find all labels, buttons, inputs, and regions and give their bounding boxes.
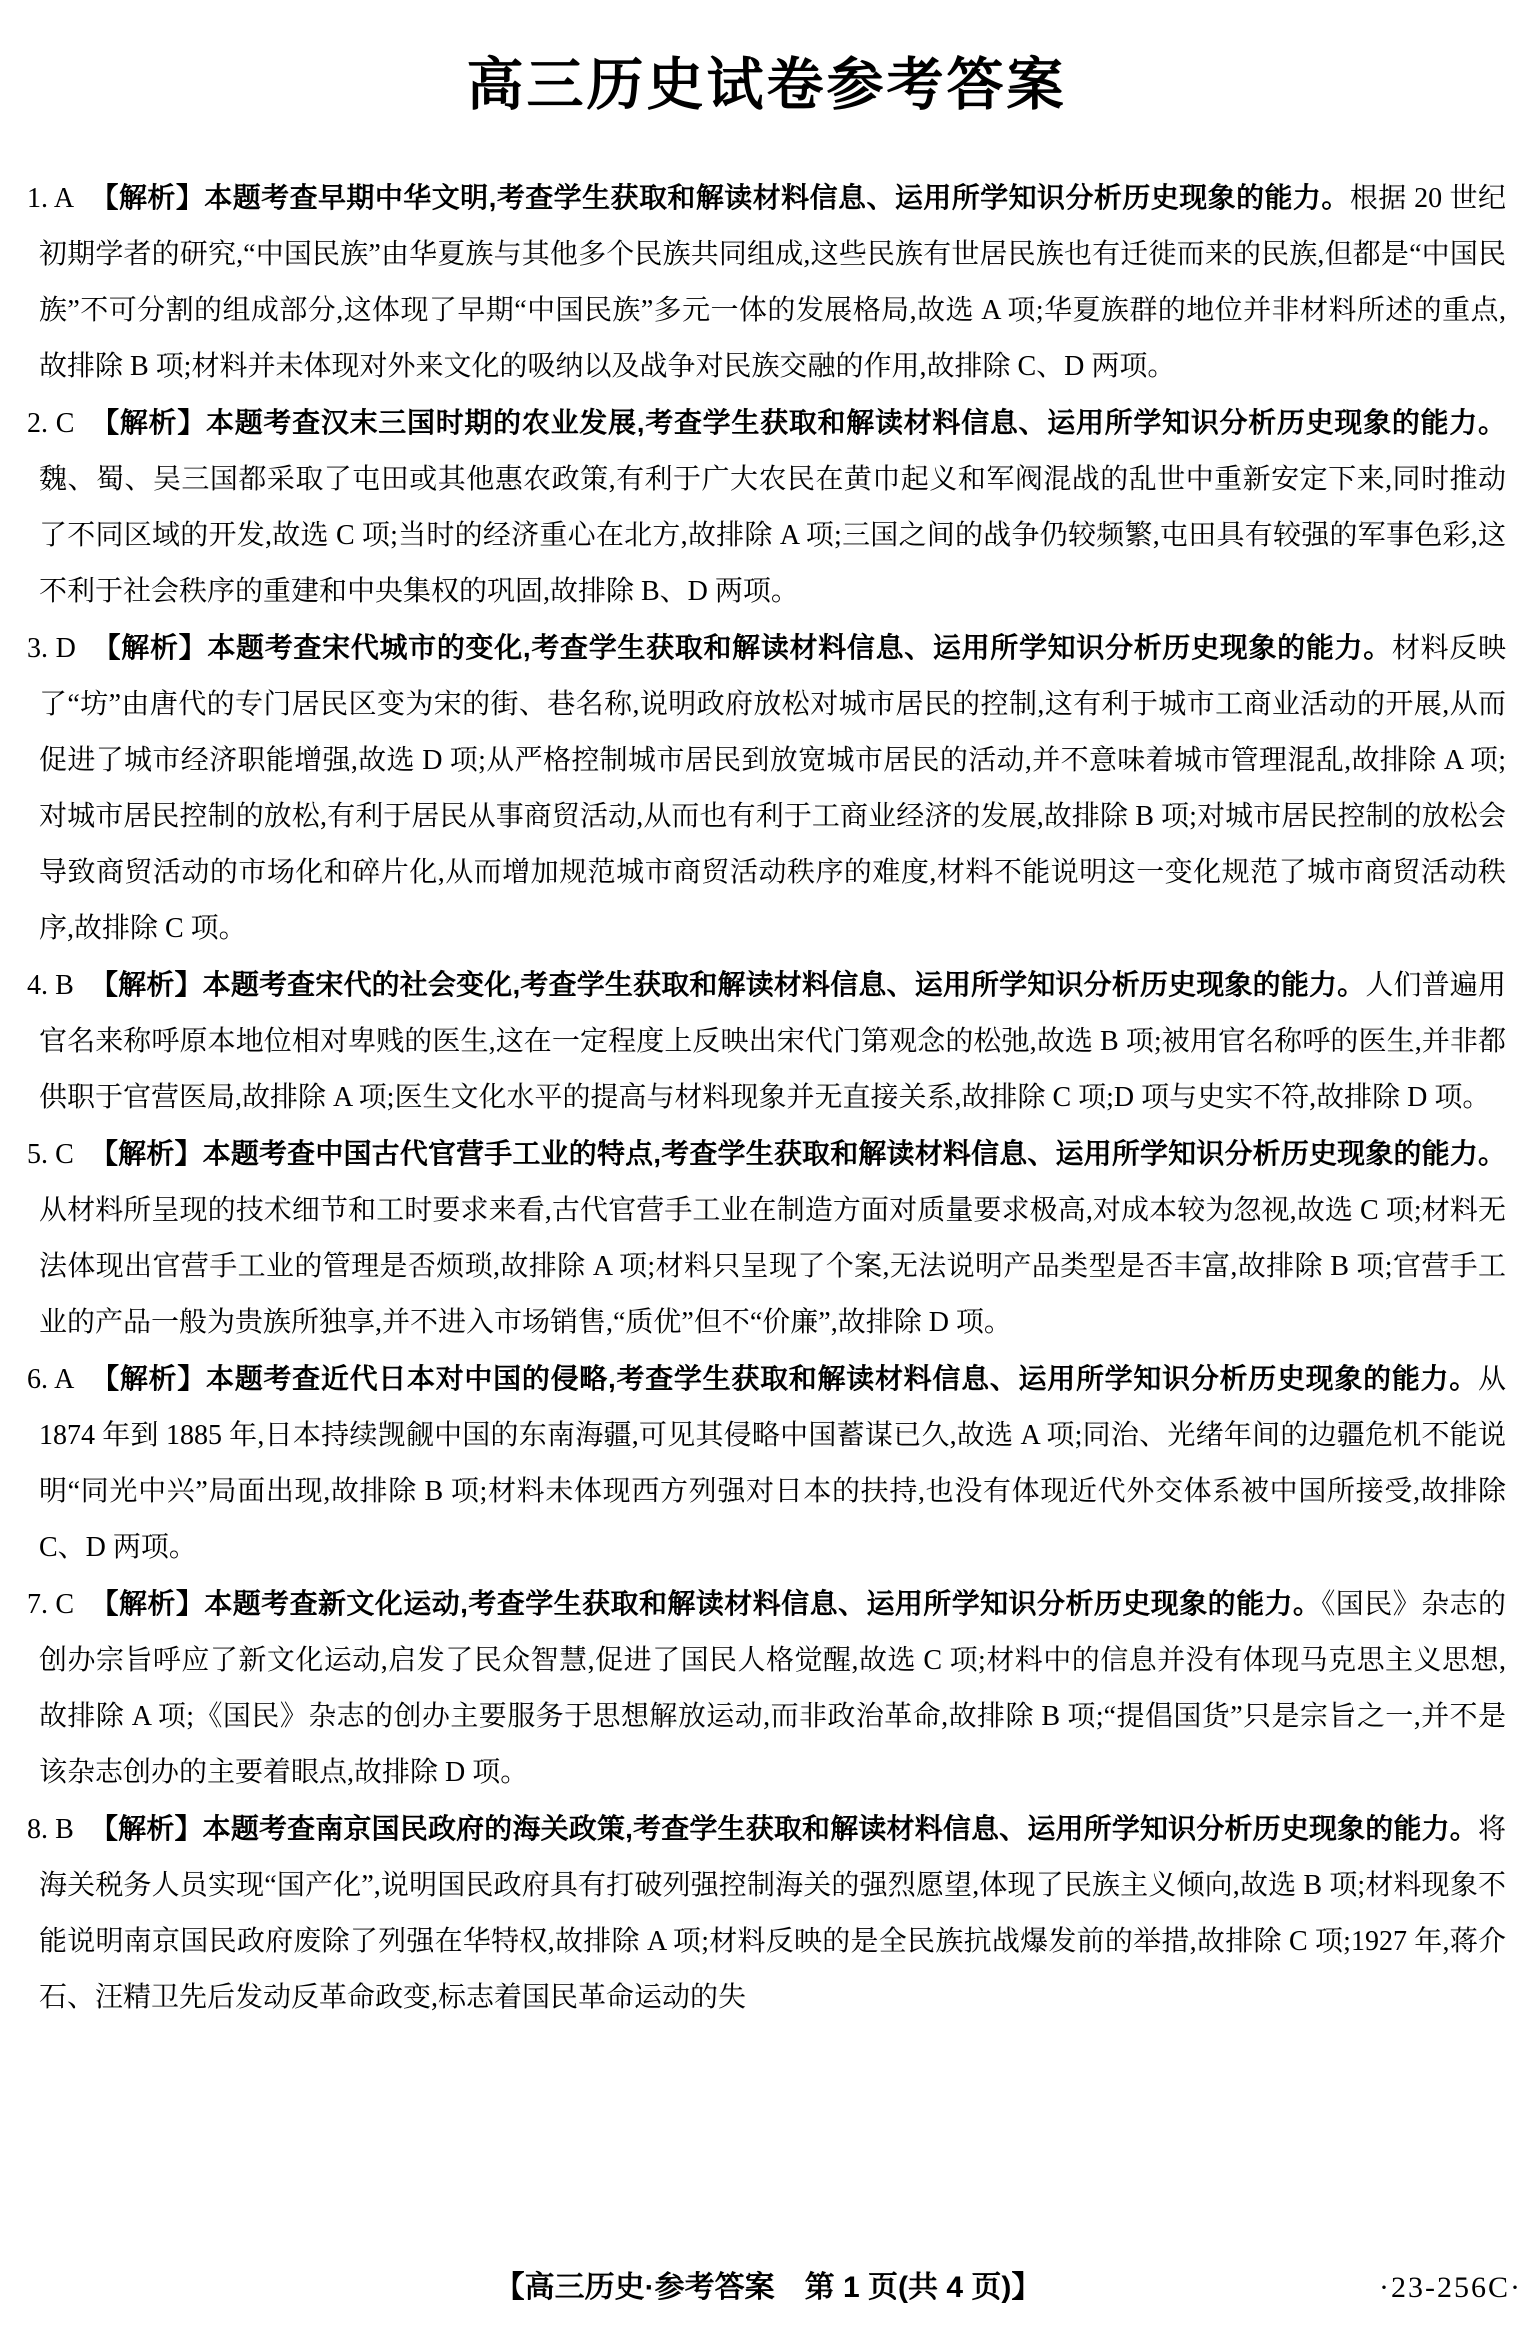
answer-analysis-bold: 【解析】本题考查早期中华文明,考查学生获取和解读材料信息、运用所学知识分析历史现… xyxy=(90,182,1350,213)
answer-item: 6. A【解析】本题考查近代日本对中国的侵略,考查学生获取和解读材料信息、运用所… xyxy=(27,1351,1506,1576)
answer-item: 5. C【解析】本题考查中国古代官营手工业的特点,考查学生获取和解读材料信息、运… xyxy=(27,1126,1506,1351)
answer-number: 2. C xyxy=(27,408,90,439)
page-footer: 【高三历史·参考答案 第 1 页(共 4 页)】 ·23-256C· xyxy=(0,2266,1536,2310)
answer-analysis-text: 从材料所呈现的技术细节和工时要求来看,古代官营手工业在制造方面对质量要求极高,对… xyxy=(39,1195,1506,1338)
document-page: 高三历史试卷参考答案 1. A【解析】本题考查早期中华文明,考查学生获取和解读材… xyxy=(0,0,1536,2332)
answer-analysis-bold: 【解析】本题考查宋代城市的变化,考查学生获取和解读材料信息、运用所学知识分析历史… xyxy=(92,632,1392,663)
answer-analysis-bold: 【解析】本题考查南京国民政府的海关政策,考查学生获取和解读材料信息、运用所学知识… xyxy=(90,1813,1478,1844)
answer-analysis-bold: 【解析】本题考查近代日本对中国的侵略,考查学生获取和解读材料信息、运用所学知识分… xyxy=(90,1363,1478,1394)
answer-analysis-text: 材料反映了“坊”由唐代的专门居民区变为宋的街、巷名称,说明政府放松对城市居民的控… xyxy=(39,633,1506,944)
page-title: 高三历史试卷参考答案 xyxy=(27,52,1506,118)
answer-number: 4. B xyxy=(27,970,90,1001)
answer-analysis-bold: 【解析】本题考查汉末三国时期的农业发展,考查学生获取和解读材料信息、运用所学知识… xyxy=(90,407,1506,438)
answer-number: 3. D xyxy=(27,633,92,664)
answer-number: 5. C xyxy=(27,1139,90,1170)
footer-paper-code: ·23-256C· xyxy=(1379,2266,1522,2310)
answer-analysis-bold: 【解析】本题考查中国古代官营手工业的特点,考查学生获取和解读材料信息、运用所学知… xyxy=(90,1138,1506,1169)
answer-item: 4. B【解析】本题考查宋代的社会变化,考查学生获取和解读材料信息、运用所学知识… xyxy=(27,957,1506,1126)
answer-item: 3. D【解析】本题考查宋代城市的变化,考查学生获取和解读材料信息、运用所学知识… xyxy=(27,620,1506,957)
answer-analysis-bold: 【解析】本题考查新文化运动,考查学生获取和解读材料信息、运用所学知识分析历史现象… xyxy=(90,1588,1321,1619)
answer-item: 2. C【解析】本题考查汉末三国时期的农业发展,考查学生获取和解读材料信息、运用… xyxy=(27,395,1506,620)
answer-analysis-text: 魏、蜀、吴三国都采取了屯田或其他惠农政策,有利于广大农民在黄巾起义和军阀混战的乱… xyxy=(39,464,1506,607)
answer-number: 7. C xyxy=(27,1589,90,1620)
answer-item: 1. A【解析】本题考查早期中华文明,考查学生获取和解读材料信息、运用所学知识分… xyxy=(27,170,1506,395)
answer-item: 8. B【解析】本题考查南京国民政府的海关政策,考查学生获取和解读材料信息、运用… xyxy=(27,1801,1506,2026)
answer-item: 7. C【解析】本题考查新文化运动,考查学生获取和解读材料信息、运用所学知识分析… xyxy=(27,1576,1506,1801)
answer-list: 1. A【解析】本题考查早期中华文明,考查学生获取和解读材料信息、运用所学知识分… xyxy=(27,170,1506,2026)
answer-number: 1. A xyxy=(27,183,90,214)
answer-number: 6. A xyxy=(27,1364,90,1395)
answer-analysis-bold: 【解析】本题考查宋代的社会变化,考查学生获取和解读材料信息、运用所学知识分析历史… xyxy=(90,969,1365,1000)
answer-number: 8. B xyxy=(27,1814,90,1845)
footer-page-info: 【高三历史·参考答案 第 1 页(共 4 页)】 xyxy=(0,2266,1536,2310)
